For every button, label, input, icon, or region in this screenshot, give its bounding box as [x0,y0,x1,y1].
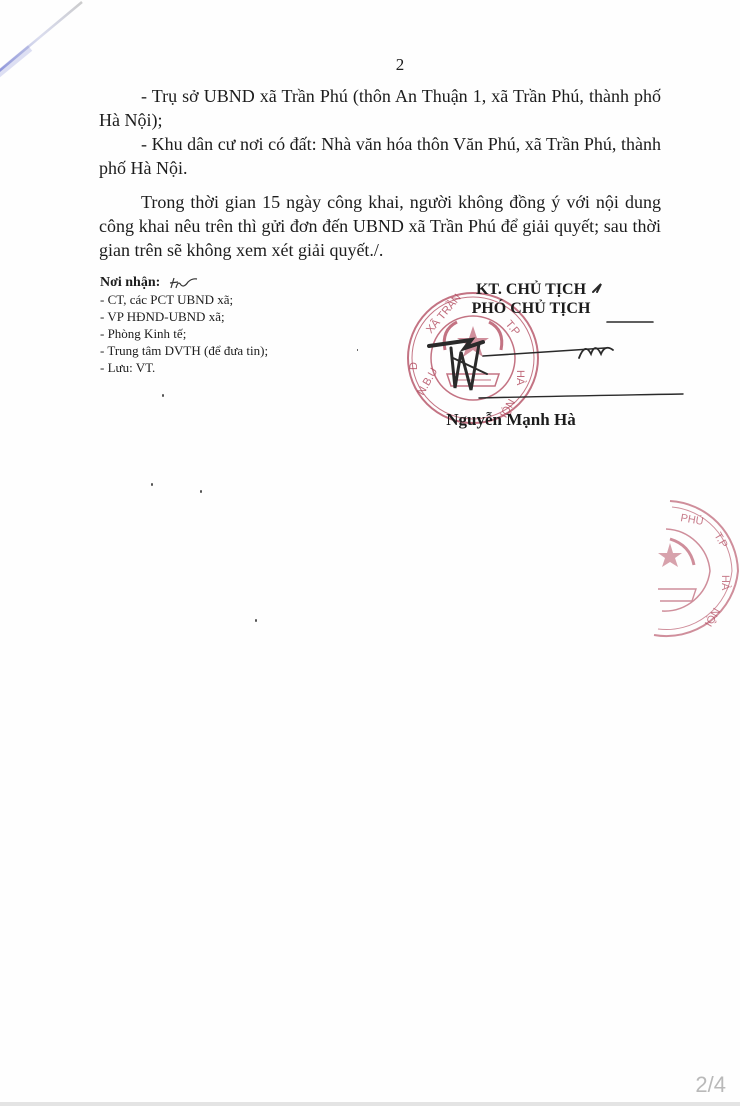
paragraph-complaint-period: Trong thời gian 15 ngày công khai, người… [99,190,661,262]
initial-mark-icon [168,276,198,290]
document-page: 2 - Trụ sở UBND xã Trần Phú (thôn An Thu… [0,0,740,1100]
svg-text:HÀ: HÀ [719,575,732,591]
page-bottom-edge [0,1102,740,1106]
page-corner-fold [0,0,110,90]
signature-title-line2: PHÓ CHỦ TỊCH [401,299,661,318]
recipient-item: - Phòng Kinh tế; [100,325,268,342]
page-indicator: 2/4 [695,1072,726,1098]
speck [151,483,153,486]
speck [162,394,164,397]
speck [200,490,202,493]
speck [255,619,257,622]
signer-name: Nguyễn Mạnh Hà [401,410,621,430]
recipient-item: - Trung tâm DVTH (để đưa tin); [100,342,268,359]
recipients-list: - CT, các PCT UBND xã; - VP HĐND-UBND xã… [100,291,268,376]
recipient-item: - CT, các PCT UBND xã; [100,291,268,308]
signature-block: XÃ TRẦN T.P HÀ NỘI D N.B.U KT. CHỦ TỊCH … [395,278,695,438]
recipient-item: - VP HĐND-UBND xã; [100,308,268,325]
recipient-item: - Lưu: VT. [100,359,268,376]
paragraph-location-residential: - Khu dân cư nơi có đất: Nhà văn hóa thô… [99,132,661,180]
recipients-block: Nơi nhận: - CT, các PCT UBND xã; - VP HĐ… [100,273,268,376]
partial-seal-icon: PHÚ T.P HÀ NỘI [640,495,740,643]
signature-title-line1: KT. CHỦ TỊCH [401,280,661,299]
speck [357,349,358,351]
svg-text:PHÚ: PHÚ [679,511,704,528]
paragraph-location-office: - Trụ sở UBND xã Trần Phú (thôn An Thuận… [99,84,661,132]
page-number: 2 [0,55,740,75]
recipients-heading-row: Nơi nhận: [100,273,268,291]
recipients-heading: Nơi nhận: [100,275,160,290]
